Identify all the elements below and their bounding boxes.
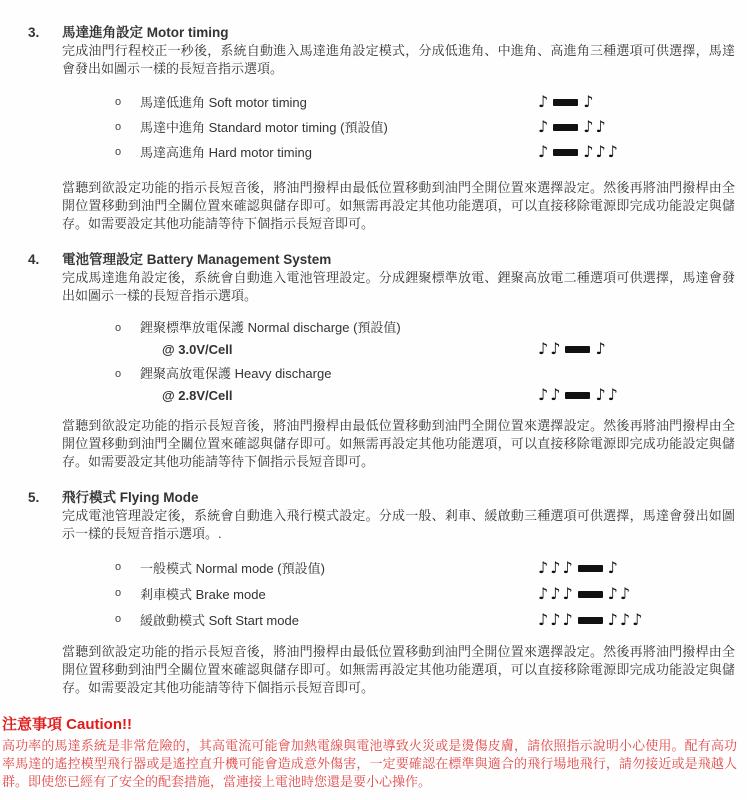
section-intro: 完成油門行程校正一秒後，系統自動進入馬達進角設定模式，分成低進角、中進角、高進角… bbox=[62, 42, 735, 78]
option-label: 馬達高進角 Hard motor timing bbox=[140, 141, 529, 165]
beep-pattern-icon: ♪♪♪♪♪♪ bbox=[529, 607, 737, 633]
beep-pattern-icon: ♪♪♪♪ bbox=[529, 384, 737, 407]
option-row-heavy-discharge: o 鋰聚高放電保護 Heavy discharge @ 2.8V/Cell ♪♪… bbox=[115, 363, 737, 407]
option-voltage-value: @ 2.8V/Cell bbox=[162, 385, 529, 407]
caution-block: 注意事項 Caution!! 高功率的馬達系統是非常危險的，其高電流可能會加熱電… bbox=[2, 715, 737, 791]
option-row-brake-mode: o 剎車模式 Brake mode ♪♪♪♪♪ bbox=[115, 581, 737, 607]
option-row-soft-timing: o 馬達低進角 Soft motor timing ♪♪ bbox=[115, 90, 737, 115]
manual-page: 3. 馬達進角設定 Motor timing 完成油門行程校正一秒後，系統自動進… bbox=[0, 0, 747, 800]
section-flying-mode: 5. 飛行模式 Flying Mode 完成電池管理設定後，系統會自動進入飛行模… bbox=[28, 489, 737, 697]
section-number: 3. bbox=[28, 24, 62, 42]
option-voltage-value: @ 3.0V/Cell bbox=[162, 339, 529, 361]
caution-body: 高功率的馬達系統是非常危險的，其高電流可能會加熱電線與電池導致火災或是燙傷皮膚，… bbox=[2, 737, 737, 791]
bullet-icon: o bbox=[115, 555, 140, 580]
short-beep-note-icon: ♪ bbox=[538, 385, 548, 404]
short-beep-note-icon: ♪ bbox=[608, 558, 618, 577]
long-beep-bar-icon bbox=[553, 124, 578, 131]
short-beep-note-icon: ♪ bbox=[595, 117, 605, 136]
section-instructions: 當聽到欲設定功能的指示長短音後，將油門撥桿由最低位置移動到油門全開位置來選擇設定… bbox=[62, 179, 735, 233]
short-beep-note-icon: ♪ bbox=[608, 385, 618, 404]
bullet-icon: o bbox=[115, 140, 140, 164]
long-beep-bar-icon bbox=[578, 591, 603, 598]
option-row-hard-timing: o 馬達高進角 Hard motor timing ♪♪♪♪ bbox=[115, 140, 737, 165]
short-beep-note-icon: ♪ bbox=[583, 142, 593, 161]
long-beep-bar-icon bbox=[578, 617, 603, 624]
section-battery-management: 4. 電池管理設定 Battery Management System 完成馬達… bbox=[28, 251, 737, 471]
option-row-normal-mode: o 一般模式 Normal mode (預設值) ♪♪♪♪ bbox=[115, 555, 737, 581]
short-beep-note-icon: ♪ bbox=[550, 610, 560, 629]
beep-pattern-icon: ♪♪♪ bbox=[529, 338, 737, 361]
section-heading: 5. 飛行模式 Flying Mode bbox=[28, 489, 737, 507]
short-beep-note-icon: ♪ bbox=[620, 610, 630, 629]
section-heading: 4. 電池管理設定 Battery Management System bbox=[28, 251, 737, 269]
short-beep-note-icon: ♪ bbox=[608, 142, 618, 161]
section-heading: 3. 馬達進角設定 Motor timing bbox=[28, 24, 737, 42]
beep-pattern-icon: ♪♪♪♪♪ bbox=[529, 581, 737, 607]
section-title: 馬達進角設定 Motor timing bbox=[62, 24, 737, 42]
beep-pattern-icon: ♪♪♪ bbox=[529, 115, 737, 140]
option-label: 馬達低進角 Soft motor timing bbox=[140, 91, 529, 115]
section-number: 4. bbox=[28, 251, 62, 269]
bullet-icon: o bbox=[115, 607, 140, 632]
option-row-normal-discharge: o 鋰聚標準放電保護 Normal discharge (預設值) @ 3.0V… bbox=[115, 317, 737, 361]
bullet-icon: o bbox=[115, 317, 140, 339]
option-label: 緩啟動模式 Soft Start mode bbox=[140, 608, 529, 633]
long-beep-bar-icon bbox=[565, 392, 590, 399]
short-beep-note-icon: ♪ bbox=[550, 339, 560, 358]
beep-pattern-icon: ♪♪♪♪ bbox=[529, 555, 737, 581]
long-beep-bar-icon bbox=[578, 565, 603, 572]
option-label: 馬達中進角 Standard motor timing (預設值) bbox=[140, 116, 529, 140]
section-instructions: 當聽到欲設定功能的指示長短音後，將油門撥桿由最低位置移動到油門全開位置來選擇設定… bbox=[62, 643, 735, 697]
long-beep-bar-icon bbox=[553, 99, 578, 106]
section-intro: 完成電池管理設定後，系統會自動進入飛行模式設定。分成一般、剎車、緩啟動三種選項可… bbox=[62, 507, 735, 543]
section-title: 飛行模式 Flying Mode bbox=[62, 489, 737, 507]
bullet-icon: o bbox=[115, 363, 140, 385]
short-beep-note-icon: ♪ bbox=[550, 584, 560, 603]
short-beep-note-icon: ♪ bbox=[562, 584, 572, 603]
section-motor-timing: 3. 馬達進角設定 Motor timing 完成油門行程校正一秒後，系統自動進… bbox=[28, 24, 737, 233]
beep-pattern-icon: ♪♪♪♪ bbox=[529, 140, 737, 165]
section-instructions: 當聽到欲設定功能的指示長短音後，將油門撥桿由最低位置移動到油門全開位置來選擇設定… bbox=[62, 417, 735, 471]
option-list: o 一般模式 Normal mode (預設值) ♪♪♪♪ o 剎車模式 Bra… bbox=[115, 555, 737, 633]
long-beep-bar-icon bbox=[565, 346, 590, 353]
short-beep-note-icon: ♪ bbox=[538, 558, 548, 577]
option-label-block: 鋰聚高放電保護 Heavy discharge @ 2.8V/Cell bbox=[140, 363, 529, 407]
short-beep-note-icon: ♪ bbox=[550, 385, 560, 404]
bullet-icon: o bbox=[115, 115, 140, 139]
short-beep-note-icon: ♪ bbox=[632, 610, 642, 629]
option-row-soft-start-mode: o 緩啟動模式 Soft Start mode ♪♪♪♪♪♪ bbox=[115, 607, 737, 633]
short-beep-note-icon: ♪ bbox=[538, 610, 548, 629]
short-beep-note-icon: ♪ bbox=[608, 584, 618, 603]
option-list: o 馬達低進角 Soft motor timing ♪♪ o 馬達中進角 Sta… bbox=[115, 90, 737, 165]
option-label: 鋰聚標準放電保護 Normal discharge (預設值) bbox=[140, 317, 529, 339]
option-label: 鋰聚高放電保護 Heavy discharge bbox=[140, 363, 529, 385]
short-beep-note-icon: ♪ bbox=[538, 584, 548, 603]
option-row-standard-timing: o 馬達中進角 Standard motor timing (預設值) ♪♪♪ bbox=[115, 115, 737, 140]
bullet-icon: o bbox=[115, 90, 140, 114]
beep-pattern-icon: ♪♪ bbox=[529, 90, 737, 115]
short-beep-note-icon: ♪ bbox=[595, 385, 605, 404]
option-label-block: 鋰聚標準放電保護 Normal discharge (預設值) @ 3.0V/C… bbox=[140, 317, 529, 361]
long-beep-bar-icon bbox=[553, 149, 578, 156]
short-beep-note-icon: ♪ bbox=[583, 92, 593, 111]
short-beep-note-icon: ♪ bbox=[595, 142, 605, 161]
short-beep-note-icon: ♪ bbox=[562, 558, 572, 577]
short-beep-note-icon: ♪ bbox=[550, 558, 560, 577]
section-title: 電池管理設定 Battery Management System bbox=[62, 251, 737, 269]
short-beep-note-icon: ♪ bbox=[620, 584, 630, 603]
short-beep-note-icon: ♪ bbox=[595, 339, 605, 358]
option-list: o 鋰聚標準放電保護 Normal discharge (預設值) @ 3.0V… bbox=[115, 317, 737, 407]
short-beep-note-icon: ♪ bbox=[538, 339, 548, 358]
caution-title: 注意事項 Caution!! bbox=[2, 715, 737, 735]
short-beep-note-icon: ♪ bbox=[538, 92, 548, 111]
bullet-icon: o bbox=[115, 581, 140, 606]
short-beep-note-icon: ♪ bbox=[538, 142, 548, 161]
section-intro: 完成馬達進角設定後，系統會自動進入電池管理設定。分成鋰聚標準放電、鋰聚高放電二種… bbox=[62, 269, 735, 305]
short-beep-note-icon: ♪ bbox=[583, 117, 593, 136]
short-beep-note-icon: ♪ bbox=[562, 610, 572, 629]
short-beep-note-icon: ♪ bbox=[538, 117, 548, 136]
option-label: 剎車模式 Brake mode bbox=[140, 582, 529, 607]
short-beep-note-icon: ♪ bbox=[608, 610, 618, 629]
section-number: 5. bbox=[28, 489, 62, 507]
option-label: 一般模式 Normal mode (預設值) bbox=[140, 556, 529, 581]
